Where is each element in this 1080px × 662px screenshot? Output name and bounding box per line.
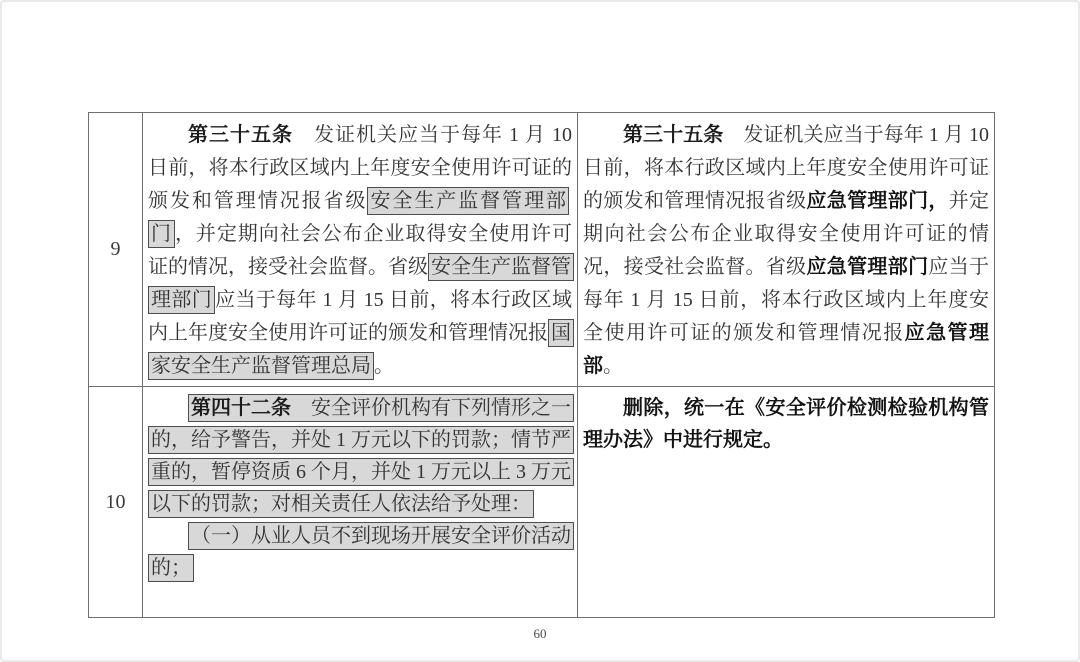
article-heading: 第三十五条 bbox=[188, 124, 293, 146]
deleted-text-highlight: （一）从业人员不到现场开展安全评价活动的； bbox=[148, 522, 574, 582]
original-text-cell: 第三十五条 发证机关应当于每年 1 月 10 日前，将本行政区域内上年度安全使用… bbox=[143, 113, 578, 386]
deletion-note-paragraph: 删除，统一在《安全评价检测检验机构管理办法》中进行规定。 bbox=[583, 392, 989, 456]
revised-text-cell: 第三十五条 发证机关应当于每年 1 月 10 日前，将本行政区域内上年度安全使用… bbox=[578, 113, 994, 386]
deletion-note: 删除，统一在《安全评价检测检验机构管理办法》中进行规定。 bbox=[583, 397, 989, 451]
revised-text-cell: 删除，统一在《安全评价检测检验机构管理办法》中进行规定。 bbox=[578, 387, 994, 617]
original-text-cell: 第四十二条 安全评价机构有下列情形之一的，给予警告，并处 1 万元以下的罚款；情… bbox=[143, 387, 578, 617]
article-paragraph: 第三十五条 发证机关应当于每年 1 月 10 日前，将本行政区域内上年度安全使用… bbox=[148, 119, 572, 383]
revised-term: 应急管理部门 bbox=[806, 256, 928, 278]
article-heading: 第三十五条 bbox=[623, 124, 723, 146]
row-number-cell: 10 bbox=[89, 387, 143, 617]
regulation-comparison-table: 9 第三十五条 发证机关应当于每年 1 月 10 日前，将本行政区域内上年度安全… bbox=[88, 112, 995, 618]
row-number: 9 bbox=[111, 238, 121, 261]
row-number: 10 bbox=[106, 491, 126, 514]
deleted-article-paragraph: 第四十二条 安全评价机构有下列情形之一的，给予警告，并处 1 万元以下的罚款；情… bbox=[148, 392, 572, 520]
page-number: 60 bbox=[0, 626, 1080, 642]
table-row: 10 第四十二条 安全评价机构有下列情形之一的，给予警告，并处 1 万元以下的罚… bbox=[89, 386, 994, 617]
deleted-clause-paragraph: （一）从业人员不到现场开展安全评价活动的； bbox=[148, 520, 572, 584]
article-paragraph: 第三十五条 发证机关应当于每年 1 月 10 日前，将本行政区域内上年度安全使用… bbox=[583, 119, 989, 383]
body-text: 。 bbox=[603, 355, 623, 377]
table-row: 9 第三十五条 发证机关应当于每年 1 月 10 日前，将本行政区域内上年度安全… bbox=[89, 113, 994, 386]
revised-term: 应急管理部门， bbox=[806, 190, 948, 212]
article-heading: 第四十二条 bbox=[191, 397, 291, 419]
body-text: 。 bbox=[374, 355, 394, 377]
deleted-text-highlight: 第四十二条 安全评价机构有下列情形之一的，给予警告，并处 1 万元以下的罚款；情… bbox=[148, 394, 574, 518]
row-number-cell: 9 bbox=[89, 113, 143, 386]
